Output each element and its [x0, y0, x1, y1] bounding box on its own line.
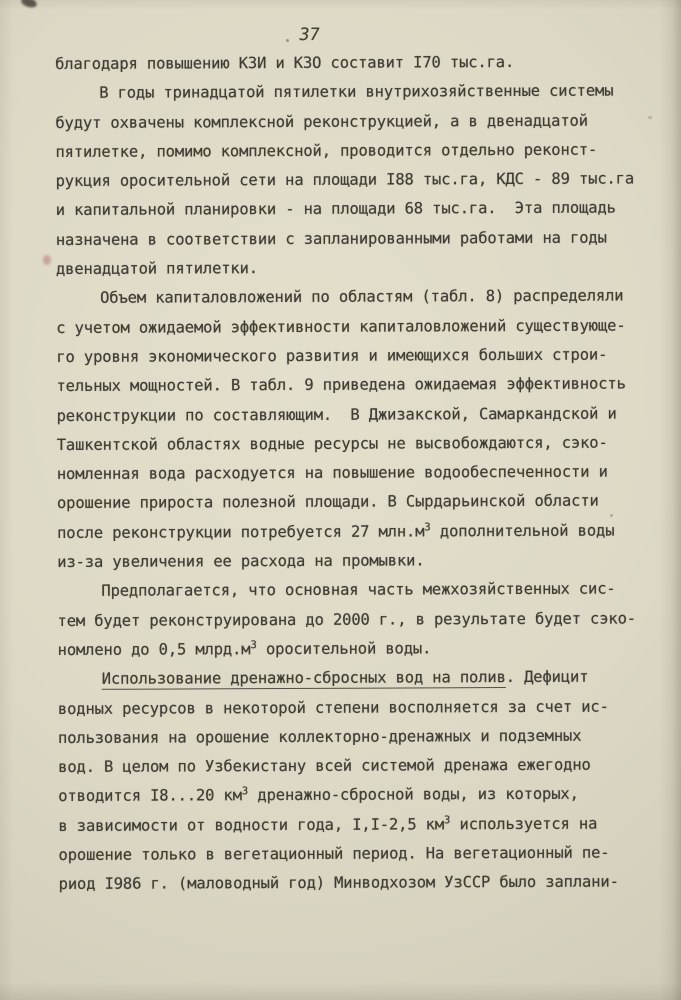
text-segment: из-за увеличения ее расхода на промывки.	[57, 551, 424, 571]
document-page: 37 благодаря повышению КЗИ и КЗО состави…	[0, 0, 681, 1000]
pink-mark	[43, 255, 51, 265]
text-line: назначена в соответствии с запланированн…	[56, 223, 656, 255]
text-segment: Предполагается, что основная часть межхо…	[101, 580, 615, 600]
text-segment: го уровня экономического развития и имею…	[56, 346, 607, 366]
text-line: вод. В целом по Узбекистану всей системо…	[58, 751, 658, 783]
text-line: и капитальной планировки - на площади 68…	[56, 194, 656, 226]
text-line: Предполагается, что основная часть межхо…	[57, 575, 657, 607]
text-segment: оросительной воды.	[257, 639, 432, 658]
text-segment: номленная вода расходуется на повышение …	[57, 463, 608, 483]
text-line: риод I986 г. (маловодный год) Минводхозо…	[59, 868, 659, 900]
text-line: тем будет реконструирована до 2000 г., в…	[57, 604, 657, 636]
text-segment: назначена в соответствии с запланированн…	[56, 228, 607, 248]
text-line: двенадцатой пятилетки.	[56, 252, 656, 284]
page-number: 37	[297, 24, 321, 46]
text-segment: в зависимости от водности года, I,I-2,5 …	[58, 815, 444, 835]
text-line: отводится I8...20 км3 дренажно-сбросной …	[58, 780, 658, 812]
text-line: в зависимости от водности года, I,I-2,5 …	[58, 809, 658, 841]
text-segment: благодаря повышению КЗИ и КЗО составит I…	[55, 53, 514, 73]
text-segment: орошение прироста полезной площади. В Сы…	[57, 492, 599, 512]
superscript: 3	[424, 521, 430, 533]
text-line: номлено до 0,5 млрд.м3 оросительной воды…	[58, 633, 658, 665]
text-segment: будут охвачены комплексной реконструкцие…	[55, 111, 588, 131]
superscript: 3	[250, 639, 256, 651]
text-segment: двенадцатой пятилетки.	[56, 259, 258, 278]
text-segment: тельных мощностей. В табл. 9 приведена о…	[56, 375, 625, 395]
text-line: Ташкентской областях водные ресурсы не в…	[57, 428, 657, 460]
text-line: благодаря повышению КЗИ и КЗО составит I…	[55, 47, 655, 79]
text-line: пользования на орошение коллекторно-дрен…	[58, 721, 658, 753]
text-segment: В годы тринадцатой пятилетки внутрихозяй…	[99, 82, 613, 102]
document-text: благодаря повышению КЗИ и КЗО составит I…	[55, 47, 659, 899]
text-segment: с учетом ожидаемой эффективности капитал…	[56, 316, 625, 336]
superscript: 3	[444, 814, 450, 826]
text-segment: реконструкции по составляющим. В Джизакс…	[57, 404, 617, 424]
underlined-heading: Использование дренажно-сбросных вод на п…	[102, 668, 506, 690]
text-segment: рукция оросительной сети на площади I88 …	[56, 170, 635, 191]
text-line: орошение только в вегетационный период. …	[58, 838, 658, 870]
text-line: пятилетке, помимо комплексной, проводитс…	[55, 135, 655, 167]
text-segment: Объем капиталовложений по областям (табл…	[100, 287, 623, 307]
text-segment: орошение только в вегетационный период. …	[58, 844, 609, 864]
text-segment: и капитальной планировки - на площади 68…	[56, 199, 616, 219]
text-segment: пятилетке, помимо комплексной, проводитс…	[55, 141, 597, 161]
text-segment: водных ресурсов в некоторой степени восп…	[58, 697, 609, 717]
text-line: водных ресурсов в некоторой степени восп…	[58, 692, 658, 724]
text-line: с учетом ожидаемой эффективности капитал…	[56, 311, 656, 343]
text-line: реконструкции по составляющим. В Джизакс…	[57, 399, 657, 431]
text-line: будут охвачены комплексной реконструкцие…	[55, 106, 655, 138]
text-segment: тем будет реконструирована до 2000 г., в…	[57, 609, 636, 630]
ink-smudge	[20, 0, 38, 9]
text-segment: риод I986 г. (маловодный год) Минводхозо…	[59, 873, 619, 893]
paper-speck	[286, 39, 289, 42]
text-line: тельных мощностей. В табл. 9 приведена о…	[56, 370, 656, 402]
text-line: Объем капиталовложений по областям (табл…	[56, 282, 656, 314]
superscript: 3	[242, 786, 248, 798]
text-segment: пользования на орошение коллекторно-дрен…	[58, 727, 581, 747]
text-segment: номлено до 0,5 млрд.м	[58, 640, 251, 659]
text-line: после реконструкции потребуется 27 млн.м…	[57, 516, 657, 548]
text-line: из-за увеличения ее расхода на промывки.	[57, 545, 657, 577]
text-line: номленная вода расходуется на повышение …	[57, 458, 657, 490]
text-line: Использование дренажно-сбросных вод на п…	[58, 663, 658, 695]
text-segment: вод. В целом по Узбекистану всей системо…	[58, 756, 591, 776]
text-line: рукция оросительной сети на площади I88 …	[56, 165, 656, 197]
text-line: го уровня экономического развития и имею…	[56, 340, 656, 372]
text-segment: . Дефицит	[506, 668, 589, 686]
text-segment: после реконструкции потребуется 27 млн.м	[57, 522, 424, 542]
text-line: орошение прироста полезной площади. В Сы…	[57, 487, 657, 519]
text-segment: используется на	[450, 814, 597, 833]
text-segment: дренажно-сбросной воды, из которых,	[248, 785, 579, 804]
text-segment: дополнительной воды	[431, 521, 615, 540]
text-segment: отводится I8...20 км	[58, 787, 242, 806]
text-segment: Ташкентской областях водные ресурсы не в…	[57, 433, 608, 453]
text-line: В годы тринадцатой пятилетки внутрихозяй…	[55, 77, 655, 109]
